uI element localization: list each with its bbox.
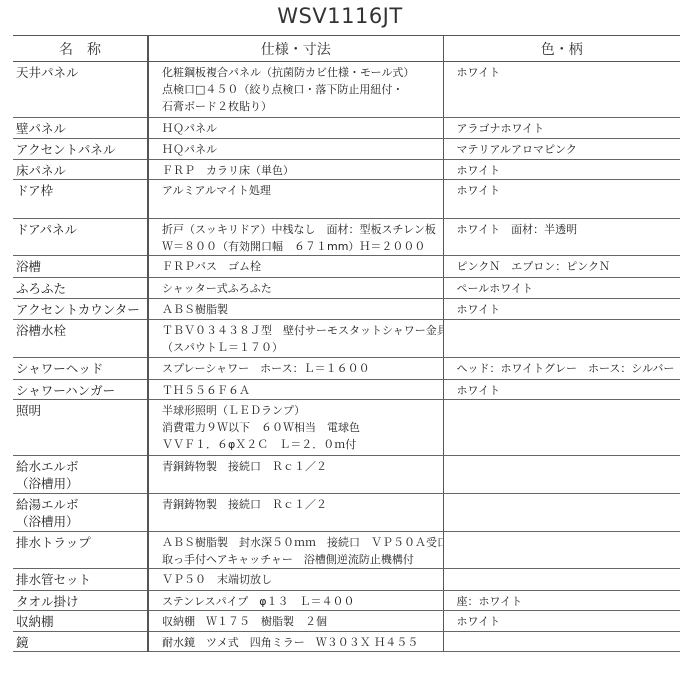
table-row: 浴槽ＦＲＰバス ゴム栓ピンクＮ エプロン：ピンクＮ bbox=[13, 256, 680, 278]
spec-cell: アルミアルマイト処理 bbox=[148, 180, 443, 219]
spec-cell-line: 折戸（スッキリドア）中桟なし 面材：型板スチレン板 bbox=[162, 221, 443, 238]
spec-cell: ＨＱパネル bbox=[148, 139, 443, 160]
color-cell bbox=[443, 569, 680, 591]
spec-table: 名 称 仕様・寸法 色・柄 天井パネル化粧鋼板複合パネル（抗菌防カビ仕様・モール… bbox=[13, 35, 680, 652]
color-cell-line: ホワイト bbox=[457, 301, 680, 318]
spec-cell-line: ＴＢＶ０３４３８Ｊ型 壁付サーモスタットシャワー金具 bbox=[162, 322, 443, 339]
color-cell-line: ホワイト bbox=[457, 162, 680, 179]
item-name-cell: 壁パネル bbox=[13, 117, 148, 139]
color-cell: ホワイト bbox=[443, 611, 680, 632]
item-name-cell: シャワーヘッド bbox=[13, 358, 148, 380]
spec-cell-line: ＦＲＰ カラリ床（単色） bbox=[162, 162, 443, 179]
spec-cell-line: （スパウトＬ＝１７０） bbox=[162, 339, 443, 356]
spec-cell: ＴＨ５５６Ｆ６Ａ bbox=[148, 379, 443, 400]
table-row: ドアパネル折戸（スッキリドア）中桟なし 面材：型板スチレン板Ｗ＝８００（有効開口… bbox=[13, 218, 680, 256]
table-row: 壁パネルＨＱパネルアラゴナホワイト bbox=[13, 117, 680, 139]
item-name-cell: 浴槽 bbox=[13, 256, 148, 278]
item-name-cell: ドアパネル bbox=[13, 218, 148, 256]
spec-cell: ＦＲＰ カラリ床（単色） bbox=[148, 159, 443, 180]
spec-cell: 青銅鋳物製 接続口 Ｒｃ１／２ bbox=[148, 455, 443, 494]
item-name-cell-line: 給湯エルボ bbox=[16, 496, 147, 513]
item-name-cell-line: 給水エルボ bbox=[16, 458, 147, 475]
spec-cell: 収納棚 Ｗ１７５ 樹脂製 ２個 bbox=[148, 611, 443, 632]
item-name-cell: 排水トラップ bbox=[13, 531, 148, 569]
spec-cell: ＨＱパネル bbox=[148, 117, 443, 139]
spec-cell-line: ＨＱパネル bbox=[162, 141, 443, 158]
color-cell: ホワイト bbox=[443, 62, 680, 118]
item-name-cell-line: タオル掛け bbox=[16, 593, 147, 610]
item-name-cell: 収納棚 bbox=[13, 611, 148, 632]
item-name-cell: 排水管セット bbox=[13, 569, 148, 591]
spec-cell: シャッター式ふろふた bbox=[148, 277, 443, 299]
item-name-cell-line: シャワーヘッド bbox=[16, 360, 147, 377]
header-name: 名 称 bbox=[13, 36, 148, 62]
spec-cell-line: 石膏ボード２枚貼り） bbox=[162, 98, 443, 115]
table-row: シャワーヘッドスプレーシャワー ホース：Ｌ＝１６００ヘッド：ホワイトグレー ホー… bbox=[13, 358, 680, 380]
color-cell bbox=[443, 455, 680, 494]
item-name-cell: 天井パネル bbox=[13, 62, 148, 118]
item-name-cell: タオル掛け bbox=[13, 590, 148, 611]
spec-cell-line: ステンレスパイプ φ１３ Ｌ＝４００ bbox=[162, 593, 443, 610]
item-name-cell-line: 浴槽 bbox=[16, 258, 147, 275]
header-spec: 仕様・寸法 bbox=[148, 36, 443, 62]
spec-cell-line: ＴＨ５５６Ｆ６Ａ bbox=[162, 382, 443, 399]
color-cell-line: マテリアルアロマピンク bbox=[457, 141, 680, 158]
item-name-cell: 浴槽水栓 bbox=[13, 319, 148, 358]
spec-cell-line: ＦＲＰバス ゴム栓 bbox=[162, 258, 443, 275]
color-cell: ホワイト bbox=[443, 379, 680, 400]
table-row: ドア枠アルミアルマイト処理ホワイト bbox=[13, 180, 680, 219]
spec-cell: ＦＲＰバス ゴム栓 bbox=[148, 256, 443, 278]
spec-cell: 耐水鏡 ツメ式 四角ミラー Ｗ３０３Ｘ Ｈ４５５ bbox=[148, 631, 443, 652]
item-name-cell-line: 収納棚 bbox=[16, 613, 147, 630]
item-name-cell-line: アクセントカウンター bbox=[16, 301, 147, 318]
item-name-cell-line: 浴槽水栓 bbox=[16, 322, 147, 339]
item-name-cell-line: 排水管セット bbox=[16, 571, 147, 588]
spec-cell-line: ＶＰ５０ 末端切放し bbox=[162, 571, 443, 588]
color-cell-line: 座：ホワイト bbox=[457, 593, 680, 610]
item-name-cell: 鏡 bbox=[13, 631, 148, 652]
item-name-cell-line: アクセントパネル bbox=[16, 141, 147, 158]
spec-cell-line: 収納棚 Ｗ１７５ 樹脂製 ２個 bbox=[162, 613, 443, 630]
table-row: 天井パネル化粧鋼板複合パネル（抗菌防カビ仕様・モール式）点検口□４５０（絞り点検… bbox=[13, 62, 680, 118]
item-name-cell: ドア枠 bbox=[13, 180, 148, 219]
spec-cell: 半球形照明（ＬＥＤランプ）消費電力９Ｗ以下 ６０Ｗ相当 電球色ＶＶＦ１．６φＸ２… bbox=[148, 400, 443, 456]
spec-cell-line: 青銅鋳物製 接続口 Ｒｃ１／２ bbox=[162, 458, 443, 475]
color-cell: ヘッド：ホワイトグレー ホース：シルバー bbox=[443, 358, 680, 380]
spec-cell-line: ＡＢＳ樹脂製 封水深５０ｍｍ 接続口 ＶＰ５０Ａ受口 bbox=[162, 534, 443, 551]
spec-cell: 折戸（スッキリドア）中桟なし 面材：型板スチレン板Ｗ＝８００（有効開口幅 ６７１… bbox=[148, 218, 443, 256]
spec-cell-line: 化粧鋼板複合パネル（抗菌防カビ仕様・モール式） bbox=[162, 64, 443, 81]
color-cell-line: アラゴナホワイト bbox=[457, 120, 680, 137]
table-row: タオル掛けステンレスパイプ φ１３ Ｌ＝４００座：ホワイト bbox=[13, 590, 680, 611]
table-row: 排水管セットＶＰ５０ 末端切放し bbox=[13, 569, 680, 591]
spec-cell-line: 取っ手付ヘアキャッチャー 浴槽側逆流防止機構付 bbox=[162, 551, 443, 568]
item-name-cell-line: 床パネル bbox=[16, 162, 147, 179]
color-cell bbox=[443, 319, 680, 358]
spec-cell: ＡＢＳ樹脂製 封水深５０ｍｍ 接続口 ＶＰ５０Ａ受口取っ手付ヘアキャッチャー 浴… bbox=[148, 531, 443, 569]
item-name-cell: 給湯エルボ（浴槽用） bbox=[13, 494, 148, 532]
color-cell bbox=[443, 531, 680, 569]
color-cell: ホワイト bbox=[443, 180, 680, 219]
table-row: 給湯エルボ（浴槽用）青銅鋳物製 接続口 Ｒｃ１／２ bbox=[13, 494, 680, 532]
color-cell bbox=[443, 494, 680, 532]
color-cell-line: ホワイト bbox=[457, 613, 680, 630]
spec-cell-line: ＶＶＦ１．６φＸ２Ｃ Ｌ＝２．０ｍ付 bbox=[162, 436, 443, 453]
item-name-cell: 照明 bbox=[13, 400, 148, 456]
color-cell-line: ホワイト 面材：半透明 bbox=[457, 221, 680, 238]
color-cell: マテリアルアロマピンク bbox=[443, 139, 680, 160]
item-name-cell: アクセントパネル bbox=[13, 139, 148, 160]
table-row: アクセントカウンターＡＢＳ樹脂製ホワイト bbox=[13, 299, 680, 320]
header-row: 名 称 仕様・寸法 色・柄 bbox=[13, 36, 680, 62]
table-row: 収納棚収納棚 Ｗ１７５ 樹脂製 ２個ホワイト bbox=[13, 611, 680, 632]
table-row: ふろふたシャッター式ふろふたペールホワイト bbox=[13, 277, 680, 299]
item-name-cell-line: シャワーハンガー bbox=[16, 382, 147, 399]
table-row: 鏡耐水鏡 ツメ式 四角ミラー Ｗ３０３Ｘ Ｈ４５５ bbox=[13, 631, 680, 652]
item-name-cell-line: （浴槽用） bbox=[16, 475, 147, 492]
color-cell-line: ピンクＮ エプロン：ピンクＮ bbox=[457, 258, 680, 275]
color-cell: ホワイト bbox=[443, 159, 680, 180]
item-name-cell-line: 壁パネル bbox=[16, 120, 147, 137]
color-cell-line: ホワイト bbox=[457, 64, 680, 81]
color-cell-line: ホワイト bbox=[457, 182, 680, 199]
color-cell: ホワイト 面材：半透明 bbox=[443, 218, 680, 256]
color-cell bbox=[443, 400, 680, 456]
color-cell bbox=[443, 631, 680, 652]
color-cell-line: ペールホワイト bbox=[457, 280, 680, 297]
spec-cell: 青銅鋳物製 接続口 Ｒｃ１／２ bbox=[148, 494, 443, 532]
item-name-cell-line: ふろふた bbox=[16, 280, 147, 297]
item-name-cell: ふろふた bbox=[13, 277, 148, 299]
item-name-cell-line: 天井パネル bbox=[16, 64, 147, 81]
item-name-cell-line: 鏡 bbox=[16, 634, 147, 651]
color-cell: ピンクＮ エプロン：ピンクＮ bbox=[443, 256, 680, 278]
header-color: 色・柄 bbox=[443, 36, 680, 62]
spec-cell: 化粧鋼板複合パネル（抗菌防カビ仕様・モール式）点検口□４５０（絞り点検口・落下防… bbox=[148, 62, 443, 118]
spec-cell: スプレーシャワー ホース：Ｌ＝１６００ bbox=[148, 358, 443, 380]
spec-cell-line: シャッター式ふろふた bbox=[162, 280, 443, 297]
spec-cell-line: ＨＱパネル bbox=[162, 120, 443, 137]
color-cell: ペールホワイト bbox=[443, 277, 680, 299]
spec-cell-line: Ｗ＝８００（有効開口幅 ６７１mm）Ｈ＝２０００ bbox=[162, 238, 443, 255]
spec-cell: ＡＢＳ樹脂製 bbox=[148, 299, 443, 320]
spec-cell-line: 消費電力９Ｗ以下 ６０Ｗ相当 電球色 bbox=[162, 419, 443, 436]
spec-cell-line: アルミアルマイト処理 bbox=[162, 182, 443, 199]
item-name-cell-line: 排水トラップ bbox=[16, 534, 147, 551]
item-name-cell-line: ドアパネル bbox=[16, 221, 147, 238]
spec-cell: ステンレスパイプ φ１３ Ｌ＝４００ bbox=[148, 590, 443, 611]
table-row: 排水トラップＡＢＳ樹脂製 封水深５０ｍｍ 接続口 ＶＰ５０Ａ受口取っ手付ヘアキャ… bbox=[13, 531, 680, 569]
item-name-cell-line: ドア枠 bbox=[16, 182, 147, 199]
item-name-cell: 給水エルボ（浴槽用） bbox=[13, 455, 148, 494]
spec-cell-line: 点検口□４５０（絞り点検口・落下防止用紐付・ bbox=[162, 81, 443, 98]
table-row: 浴槽水栓ＴＢＶ０３４３８Ｊ型 壁付サーモスタットシャワー金具（スパウトＬ＝１７０… bbox=[13, 319, 680, 358]
color-cell: ホワイト bbox=[443, 299, 680, 320]
spec-cell-line: スプレーシャワー ホース：Ｌ＝１６００ bbox=[162, 360, 443, 377]
table-row: 床パネルＦＲＰ カラリ床（単色）ホワイト bbox=[13, 159, 680, 180]
document-title: WSV1116JT bbox=[0, 4, 680, 28]
color-cell: 座：ホワイト bbox=[443, 590, 680, 611]
item-name-cell: 床パネル bbox=[13, 159, 148, 180]
spec-cell: ＴＢＶ０３４３８Ｊ型 壁付サーモスタットシャワー金具（スパウトＬ＝１７０） bbox=[148, 319, 443, 358]
item-name-cell-line: 照明 bbox=[16, 402, 147, 419]
spec-cell-line: ＡＢＳ樹脂製 bbox=[162, 301, 443, 318]
color-cell: アラゴナホワイト bbox=[443, 117, 680, 139]
item-name-cell: アクセントカウンター bbox=[13, 299, 148, 320]
table-row: 照明半球形照明（ＬＥＤランプ）消費電力９Ｗ以下 ６０Ｗ相当 電球色ＶＶＦ１．６φ… bbox=[13, 400, 680, 456]
spec-cell-line: 耐水鏡 ツメ式 四角ミラー Ｗ３０３Ｘ Ｈ４５５ bbox=[162, 634, 443, 651]
color-cell-line: ホワイト bbox=[457, 382, 680, 399]
color-cell-line: ヘッド：ホワイトグレー ホース：シルバー bbox=[457, 360, 680, 377]
item-name-cell: シャワーハンガー bbox=[13, 379, 148, 400]
table-row: シャワーハンガーＴＨ５５６Ｆ６Ａホワイト bbox=[13, 379, 680, 400]
table-row: 給水エルボ（浴槽用）青銅鋳物製 接続口 Ｒｃ１／２ bbox=[13, 455, 680, 494]
item-name-cell-line: （浴槽用） bbox=[16, 513, 147, 530]
spec-cell-line: 半球形照明（ＬＥＤランプ） bbox=[162, 402, 443, 419]
spec-cell-line: 青銅鋳物製 接続口 Ｒｃ１／２ bbox=[162, 496, 443, 513]
table-row: アクセントパネルＨＱパネルマテリアルアロマピンク bbox=[13, 139, 680, 160]
spec-cell: ＶＰ５０ 末端切放し bbox=[148, 569, 443, 591]
